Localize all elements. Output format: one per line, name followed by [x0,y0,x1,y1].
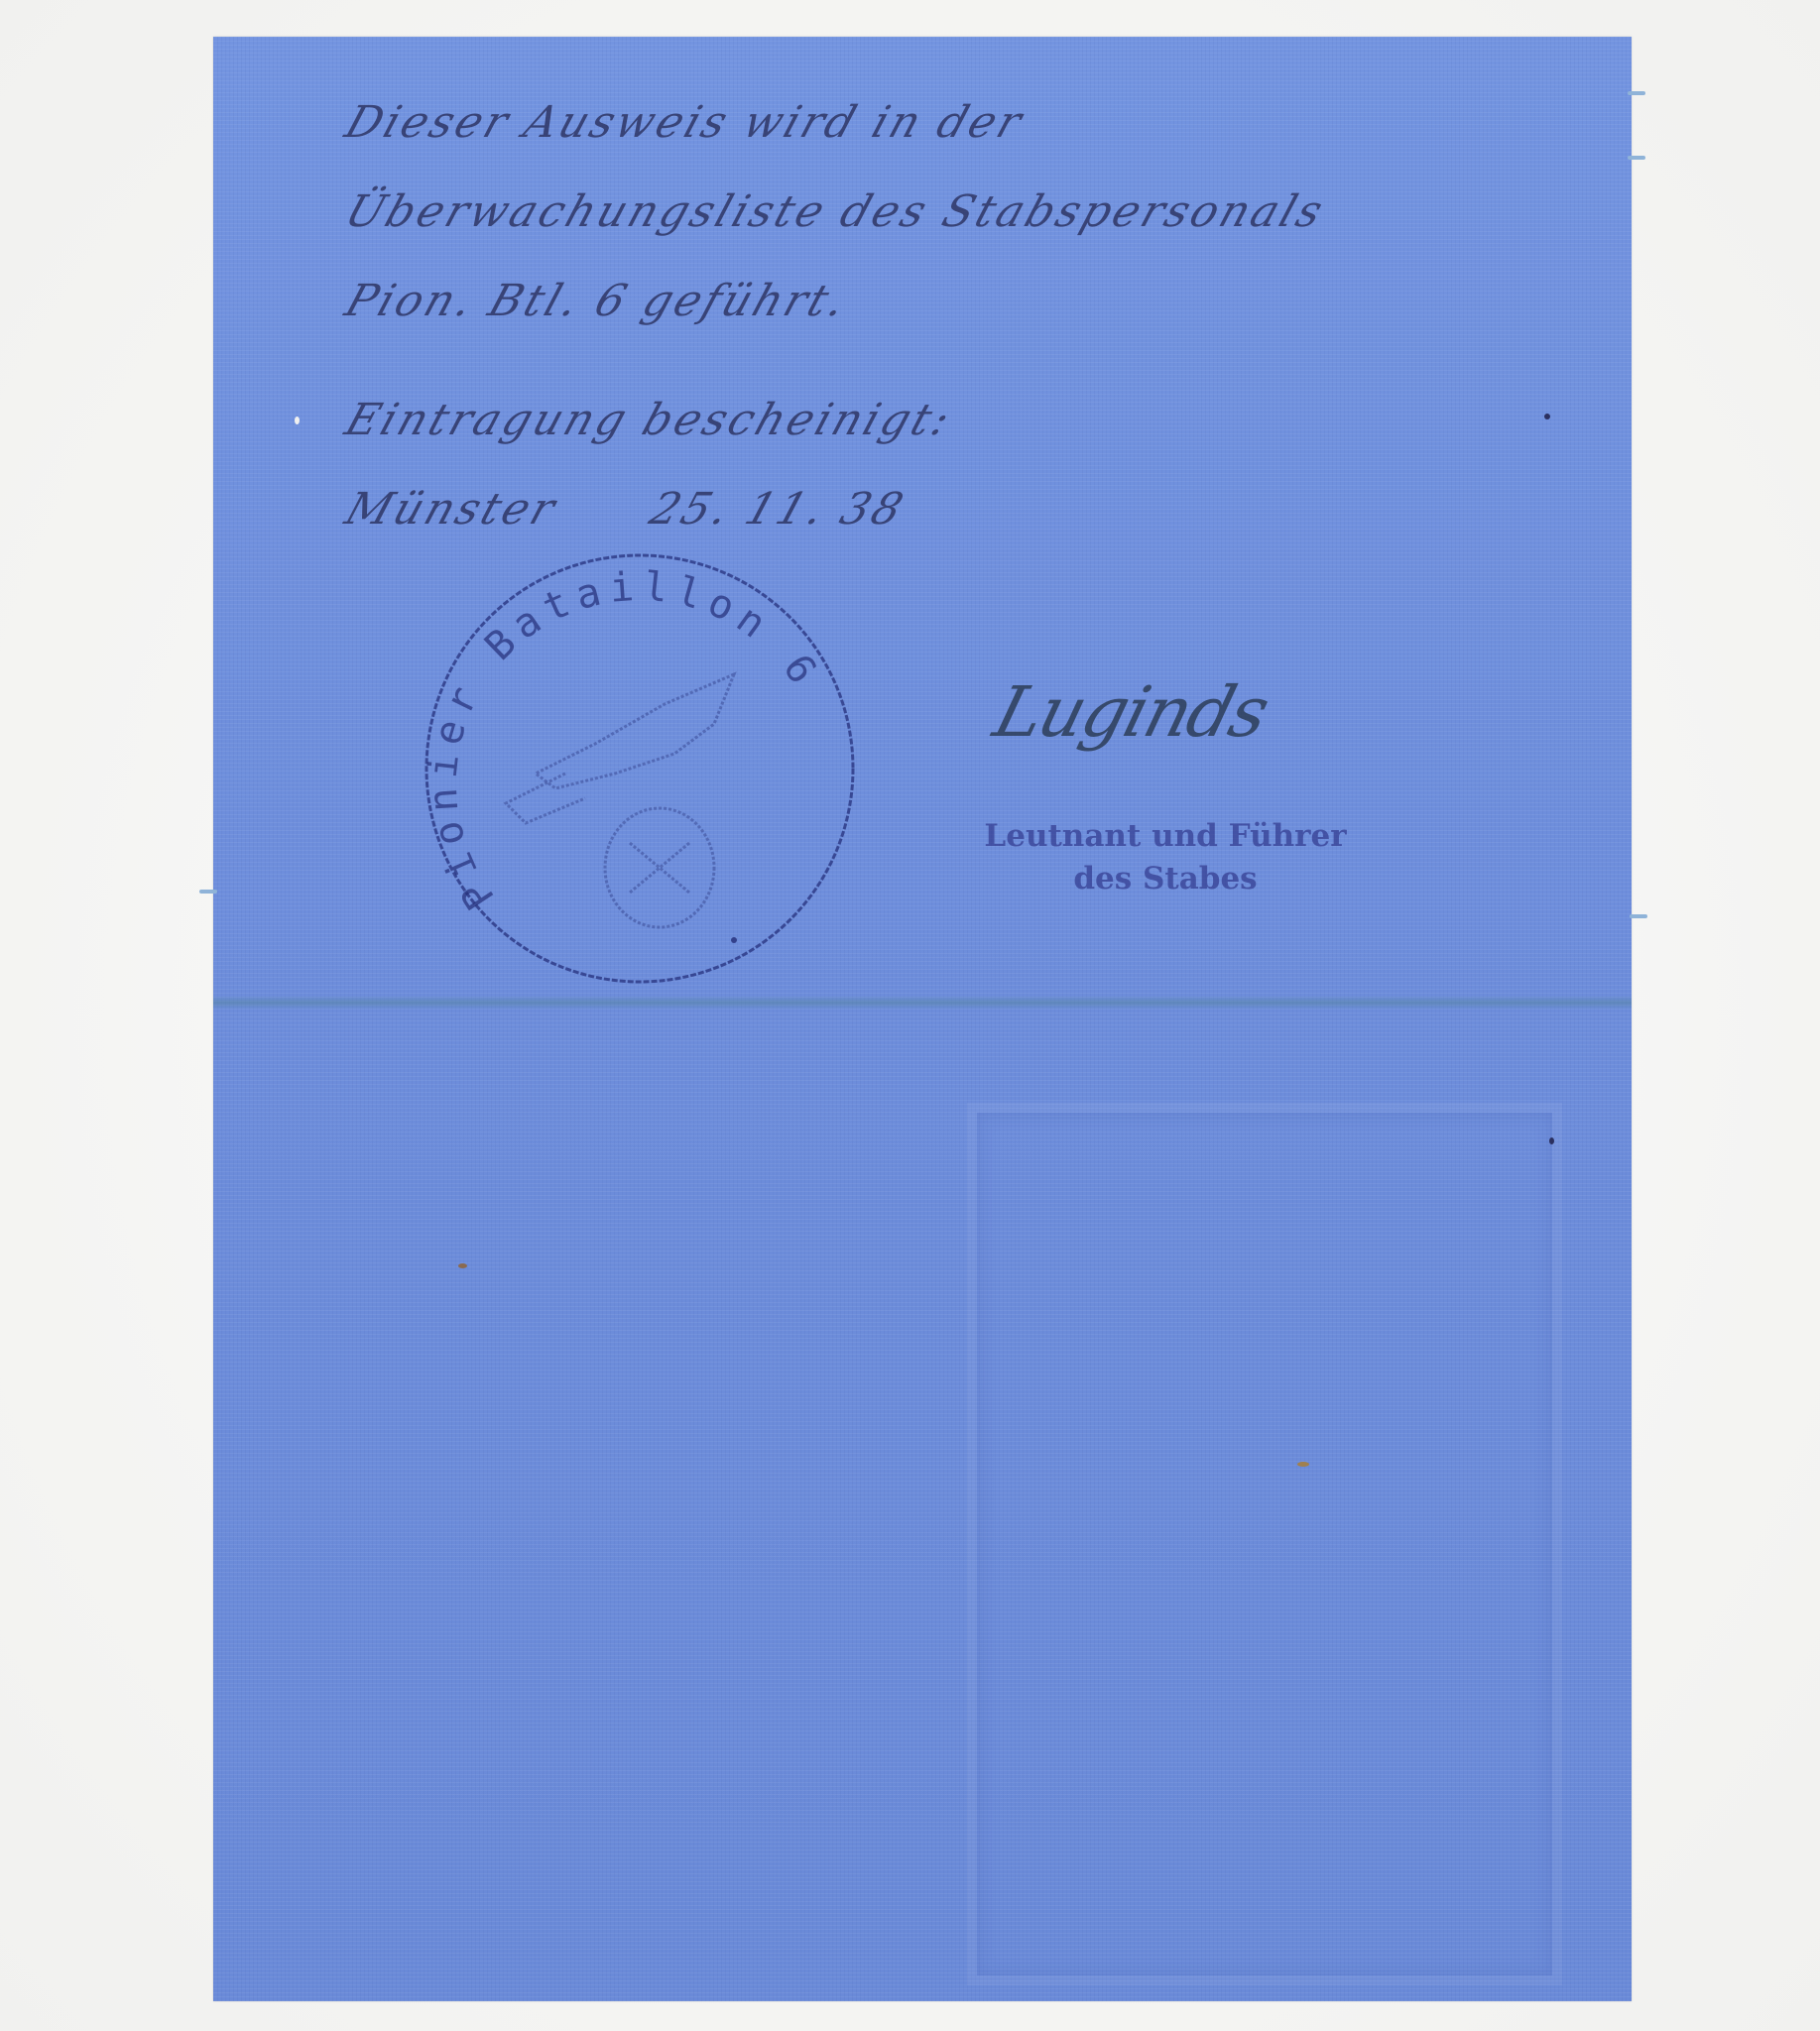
rank-title-line1: Leutnant und Führer [957,815,1374,858]
rank-title-stamp: Leutnant und Führer des Stabes [957,815,1374,900]
official-seal: Pionier Bataillon 6 [417,545,863,992]
document-page: Dieser Ausweis wird in der Überwachungsl… [213,37,1632,2001]
seal-graphic: Pionier Bataillon 6 [417,545,863,992]
date: 25. 11. 38 [644,484,911,535]
fold-crease [213,996,1632,1010]
svg-text:Pionier Bataillon 6: Pionier Bataillon 6 [420,564,829,918]
stain-speck [1297,1462,1309,1467]
stain-speck [458,1263,467,1268]
stain-speck [1549,1137,1554,1144]
rank-title-line2: des Stabes [957,858,1374,900]
seal-text: Pionier Bataillon 6 [420,564,829,918]
embossed-panel [967,1103,1562,1985]
eagle-and-wreath-icon [506,674,734,927]
stain-speck [1544,414,1550,419]
handwriting-line: Dieser Ausweis wird in der [340,101,1030,145]
handwriting-line: Überwachungsliste des Stabspersonals [340,190,1330,234]
officer-signature: Luginds [986,671,1276,753]
handwriting-line: Pion. Btl. 6 geführt. [340,280,854,323]
signature-block: Luginds Leutnant und Führer des Stabes [957,632,1374,929]
handwriting-line: Eintragung bescheinigt: [340,399,958,442]
loose-fiber [1628,156,1645,160]
loose-fiber [1630,914,1647,918]
loose-fiber [1628,91,1645,95]
place-date-line: Münster 25. 11. 38 [340,488,910,532]
loose-fiber [199,890,217,894]
stain-speck [295,417,300,424]
place: Münster [339,484,564,535]
